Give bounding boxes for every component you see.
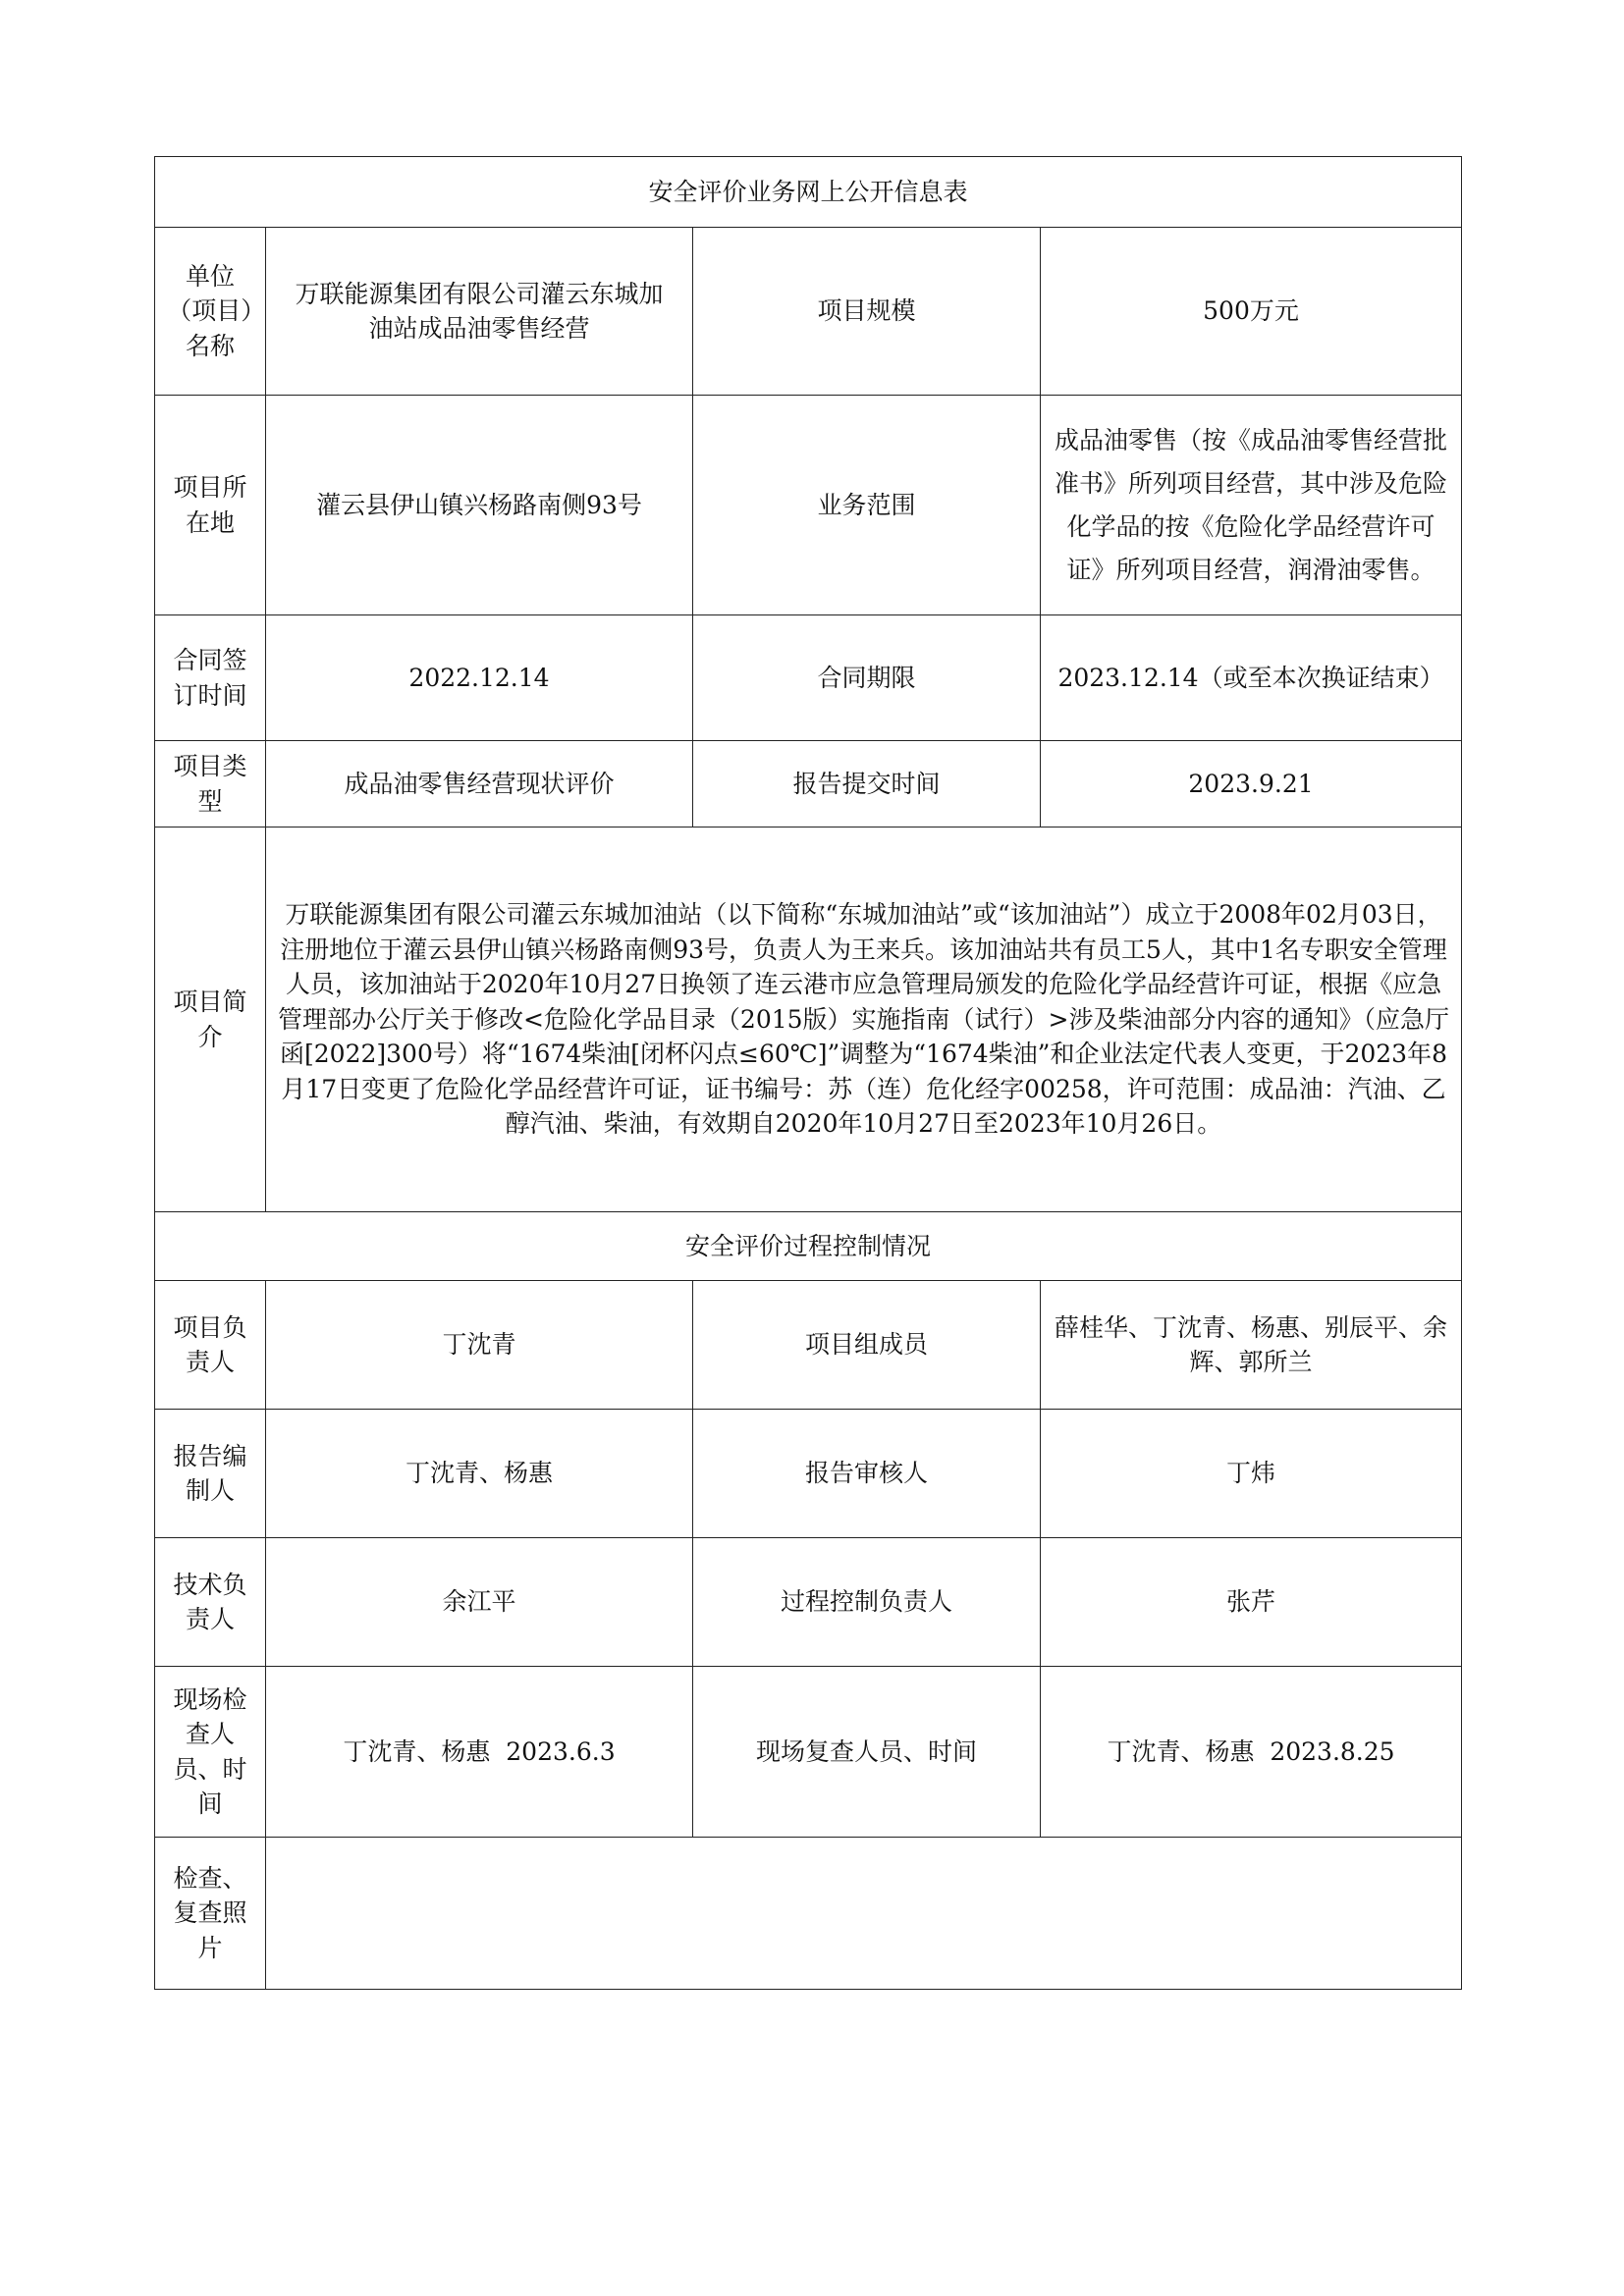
unit-name-label: 单位（项目）名称 (155, 228, 266, 396)
public-info-table: 安全评价业务网上公开信息表 单位（项目）名称 万联能源集团有限公司灌云东城加油站… (154, 156, 1462, 1990)
section-title-row: 安全评价过程控制情况 (155, 1212, 1462, 1281)
table-row: 项目负责人 丁沈青 项目组成员 薛桂华、丁沈青、杨惠、别辰平、余辉、郭所兰 (155, 1281, 1462, 1410)
table-row: 现场检查人员、时间 丁沈青、杨惠 2023.6.3 现场复查人员、时间 丁沈青、… (155, 1667, 1462, 1838)
report-submit-label: 报告提交时间 (693, 741, 1041, 828)
contract-date-value: 2022.12.14 (266, 615, 693, 741)
site-recheck-value: 丁沈青、杨惠 2023.8.25 (1041, 1667, 1462, 1838)
table-title: 安全评价业务网上公开信息表 (155, 157, 1462, 228)
report-author-label: 报告编制人 (155, 1410, 266, 1538)
contract-date-label: 合同签订时间 (155, 615, 266, 741)
tech-lead-label: 技术负责人 (155, 1538, 266, 1667)
table-row: 技术负责人 余江平 过程控制负责人 张芹 (155, 1538, 1462, 1667)
scale-label: 项目规模 (693, 228, 1041, 396)
project-lead-value: 丁沈青 (266, 1281, 693, 1410)
location-value: 灌云县伊山镇兴杨路南侧93号 (266, 396, 693, 615)
reviewer-value: 丁炜 (1041, 1410, 1462, 1538)
scale-value: 500万元 (1041, 228, 1462, 396)
table-row: 报告编制人 丁沈青、杨惠 报告审核人 丁炜 (155, 1410, 1462, 1538)
location-label: 项目所在地 (155, 396, 266, 615)
table-title-row: 安全评价业务网上公开信息表 (155, 157, 1462, 228)
table-row: 项目所在地 灌云县伊山镇兴杨路南侧93号 业务范围 成品油零售（按《成品油零售经… (155, 396, 1462, 615)
intro-label: 项目简介 (155, 828, 266, 1212)
photos-label: 检查、复查照片 (155, 1838, 266, 1990)
table-row: 检查、复查照片 (155, 1838, 1462, 1990)
report-author-value: 丁沈青、杨惠 (266, 1410, 693, 1538)
photos-value (266, 1838, 1462, 1990)
section2-title: 安全评价过程控制情况 (155, 1212, 1462, 1281)
process-control-label: 过程控制负责人 (693, 1538, 1041, 1667)
unit-name-value: 万联能源集团有限公司灌云东城加油站成品油零售经营 (266, 228, 693, 396)
site-inspection-label: 现场检查人员、时间 (155, 1667, 266, 1838)
report-submit-value: 2023.9.21 (1041, 741, 1462, 828)
intro-value: 万联能源集团有限公司灌云东城加油站（以下简称“东城加油站”或“该加油站”）成立于… (266, 828, 1462, 1212)
contract-term-value: 2023.12.14（或至本次换证结束） (1041, 615, 1462, 741)
team-value: 薛桂华、丁沈青、杨惠、别辰平、余辉、郭所兰 (1041, 1281, 1462, 1410)
project-type-value: 成品油零售经营现状评价 (266, 741, 693, 828)
contract-term-label: 合同期限 (693, 615, 1041, 741)
site-recheck-label: 现场复查人员、时间 (693, 1667, 1041, 1838)
business-scope-label: 业务范围 (693, 396, 1041, 615)
table-row: 合同签订时间 2022.12.14 合同期限 2023.12.14（或至本次换证… (155, 615, 1462, 741)
reviewer-label: 报告审核人 (693, 1410, 1041, 1538)
team-label: 项目组成员 (693, 1281, 1041, 1410)
table-row: 项目简介 万联能源集团有限公司灌云东城加油站（以下简称“东城加油站”或“该加油站… (155, 828, 1462, 1212)
table-row: 单位（项目）名称 万联能源集团有限公司灌云东城加油站成品油零售经营 项目规模 5… (155, 228, 1462, 396)
table-row: 项目类型 成品油零售经营现状评价 报告提交时间 2023.9.21 (155, 741, 1462, 828)
process-control-value: 张芹 (1041, 1538, 1462, 1667)
site-inspection-value: 丁沈青、杨惠 2023.6.3 (266, 1667, 693, 1838)
tech-lead-value: 余江平 (266, 1538, 693, 1667)
business-scope-value: 成品油零售（按《成品油零售经营批准书》所列项目经营，其中涉及危险化学品的按《危险… (1041, 396, 1462, 615)
project-lead-label: 项目负责人 (155, 1281, 266, 1410)
project-type-label: 项目类型 (155, 741, 266, 828)
